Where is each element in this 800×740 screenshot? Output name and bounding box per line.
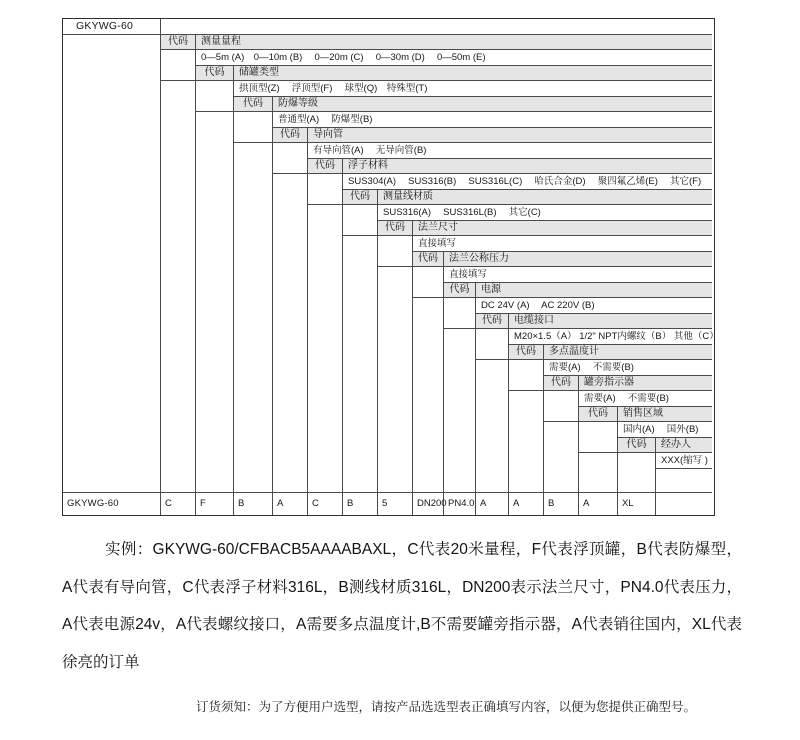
channel-cell: [413, 298, 444, 493]
channel-cell: [544, 391, 579, 422]
code-cell: 代码: [444, 283, 476, 299]
example-code-cell: F: [196, 493, 234, 516]
channel-cell: [509, 360, 544, 391]
category-label-cell: 法兰公称压力: [444, 252, 712, 268]
options-cell: 需要(A) 不需要(B): [579, 391, 712, 407]
code-cell: 代码: [579, 407, 618, 423]
category-label-cell: 罐旁指示器: [579, 376, 712, 392]
code-cell: 代码: [509, 345, 544, 361]
options-cell: M20×1.5（A） 1/2" NPT内螺纹（B） 其他（C）: [509, 329, 712, 345]
options-cell: SUS316(A) SUS316L(B) 其它(C): [378, 205, 712, 221]
code-cell: 代码: [413, 252, 444, 268]
channel-cell: [234, 143, 273, 493]
code-cell: 代码: [476, 314, 509, 330]
channel-cell: [579, 422, 618, 453]
options-cell: 拱顶型(Z) 浮顶型(F) 球型(Q) 特殊型(T): [234, 81, 712, 97]
channel-cell: [618, 453, 656, 493]
channel-cell: [444, 298, 476, 329]
channel-cell: [579, 453, 618, 493]
category-label-cell: 电缆接口: [509, 314, 712, 330]
category-label-cell: 电源: [476, 283, 712, 299]
page: GKYWG-60代码测量量程0—5m (A) 0—10m (B) 0—20m (…: [0, 0, 800, 740]
category-label-cell: 多点温度计: [544, 345, 712, 361]
blank-cell: [161, 19, 712, 35]
code-cell: 代码: [378, 221, 413, 237]
example-code-cell: A: [273, 493, 308, 516]
channel-cell: [378, 267, 413, 493]
channel-cell: [196, 112, 234, 493]
category-label-cell: 防爆等级: [273, 97, 712, 113]
channel-cell: [234, 112, 273, 143]
code-cell: 代码: [161, 35, 196, 51]
channel-cell: [161, 50, 196, 81]
channel-cell: [196, 81, 234, 112]
options-cell: 直接填写: [413, 236, 712, 252]
channel-cell: [161, 81, 196, 493]
options-cell: DC 24V (A) AC 220V (B): [476, 298, 712, 314]
options-cell: SUS304(A) SUS316(B) SUS316L(C) 哈氏合金(D) 聚…: [343, 174, 712, 190]
category-label-cell: 销售区域: [618, 407, 712, 423]
example-code-cell: B: [343, 493, 378, 516]
model-cell: GKYWG-60: [63, 19, 161, 35]
channel-cell: [273, 174, 308, 493]
example-paragraph: 实例：GKYWG-60/CFBACB5AAAABAXL，C代表20米量程，F代表…: [62, 531, 742, 681]
options-cell: XXX(缩写 ): [656, 453, 712, 469]
model-column-channel: [63, 35, 161, 493]
example-code-cell: XL: [618, 493, 656, 516]
options-cell: 国内(A) 国外(B): [618, 422, 712, 438]
channel-cell: [476, 329, 509, 360]
order-note: 订货须知：为了方便用户选型，请按产品选选型表正确填写内容，以便为您提供正确型号。: [196, 698, 696, 716]
code-cell: 代码: [308, 159, 343, 175]
channel-cell: [308, 174, 343, 205]
example-code-cell: C: [161, 493, 196, 516]
code-cell: 代码: [343, 190, 378, 206]
selection-table: GKYWG-60代码测量量程0—5m (A) 0—10m (B) 0—20m (…: [62, 18, 715, 516]
example-code-cell: A: [476, 493, 509, 516]
code-cell: 代码: [544, 376, 579, 392]
example-code-cell: C: [308, 493, 343, 516]
example-code-cell: 5: [378, 493, 413, 516]
channel-cell: [476, 360, 509, 493]
category-label-cell: 法兰尺寸: [413, 221, 712, 237]
channel-cell: [509, 391, 544, 493]
category-label-cell: 储罐类型: [234, 66, 712, 82]
channel-cell: [656, 469, 712, 493]
example-code-cell: A: [579, 493, 618, 516]
options-cell: 0—5m (A) 0—10m (B) 0—20m (C) 0—30m (D) 0…: [196, 50, 712, 66]
code-cell: 代码: [234, 97, 273, 113]
category-label-cell: 导向管: [308, 128, 712, 144]
channel-cell: [343, 205, 378, 236]
category-label-cell: 测量线材质: [378, 190, 712, 206]
example-code-cell: [656, 493, 712, 516]
example-code-cell: PN4.0: [444, 493, 476, 516]
example-code-cell: GKYWG-60: [63, 493, 161, 516]
category-label-cell: 浮子材料: [343, 159, 712, 175]
code-cell: 代码: [273, 128, 308, 144]
options-cell: 直接填写: [444, 267, 712, 283]
options-cell: 普通型(A) 防爆型(B): [273, 112, 712, 128]
example-code-cell: B: [544, 493, 579, 516]
category-label-cell: 测量量程: [196, 35, 712, 51]
channel-cell: [343, 236, 378, 493]
category-label-cell: 经办人: [656, 438, 712, 454]
code-cell: 代码: [618, 438, 656, 454]
channel-cell: [444, 329, 476, 493]
channel-cell: [378, 236, 413, 267]
example-code-cell: B: [234, 493, 273, 516]
options-cell: 需要(A) 不需要(B): [544, 360, 712, 376]
channel-cell: [413, 267, 444, 298]
options-cell: 有导向管(A) 无导向管(B): [308, 143, 712, 159]
code-cell: 代码: [196, 66, 234, 82]
example-code-cell: A: [509, 493, 544, 516]
channel-cell: [273, 143, 308, 174]
example-code-cell: DN200: [413, 493, 444, 516]
channel-cell: [308, 205, 343, 493]
channel-cell: [544, 422, 579, 493]
